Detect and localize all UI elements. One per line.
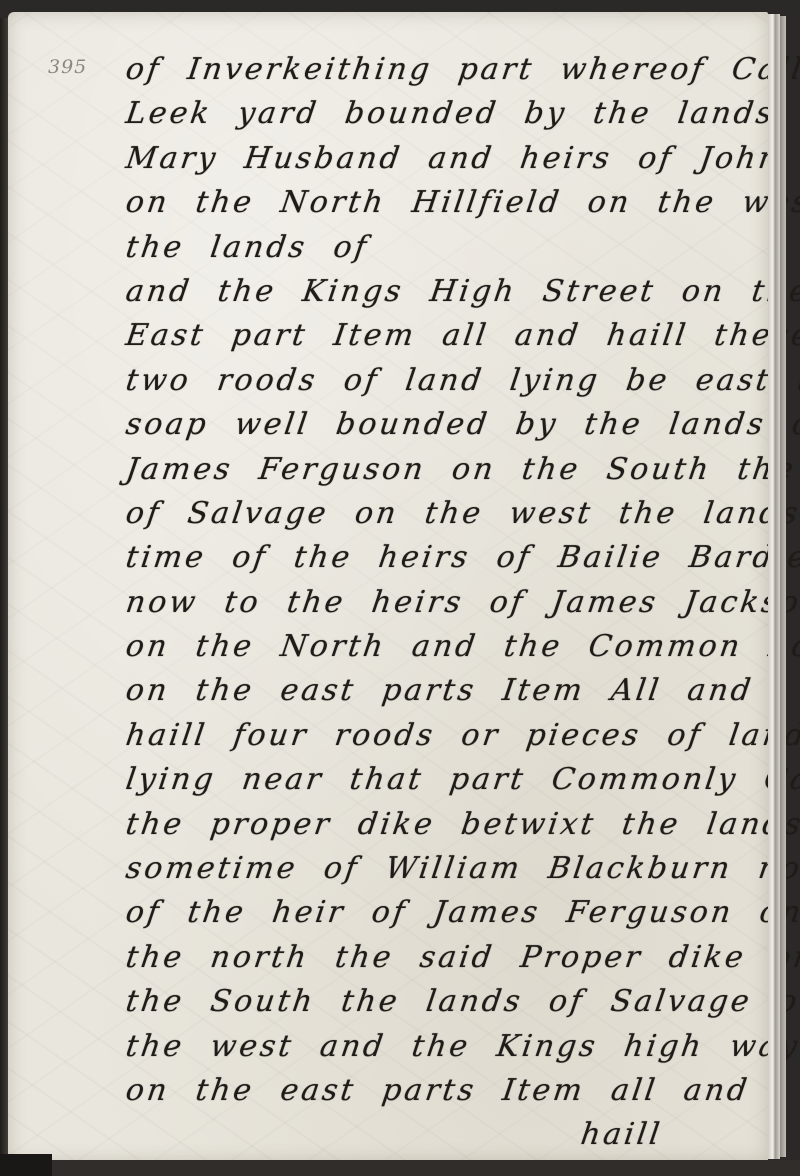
text-line: haill four roods or pieces of land	[123, 714, 789, 758]
text-line: on the North Hillfield on the west	[123, 181, 789, 225]
text-line: and the Kings High Street on the	[123, 270, 789, 314]
scan-frame: 395 of Inverkeithing part whereof Called…	[0, 0, 800, 1176]
text-line: the lands of on the South	[123, 226, 789, 270]
text-line: Mary Husband and heirs of John Cowen	[123, 137, 789, 181]
text-line: Leek yard bounded by the lands of	[123, 92, 789, 136]
text-line: James Ferguson on the South the land	[123, 448, 789, 492]
text-line: sometime of William Blackburn now	[123, 847, 789, 891]
text-line: on the east parts Item All and	[123, 669, 789, 713]
text-line: on the North and the Common Loan	[123, 625, 789, 669]
text-line: two roods of land lying be east the	[123, 359, 789, 403]
text-line: now to the heirs of James Jackson	[123, 581, 789, 625]
text-line: on the east parts Item all and	[123, 1069, 789, 1113]
text-line: the South the lands of Salvage on	[123, 980, 789, 1024]
handwritten-text-block: of Inverkeithing part whereof Called the…	[126, 48, 786, 1158]
text-line: of Inverkeithing part whereof Called the	[123, 48, 789, 92]
text-line: of Salvage on the west the lands some-	[123, 492, 789, 536]
text-line: the west and the Kings high way	[123, 1025, 789, 1069]
scan-bottom-border	[0, 1160, 800, 1176]
scan-corner	[0, 1154, 52, 1176]
folio-number: 395	[48, 56, 87, 78]
catchword: haill	[123, 1113, 789, 1157]
text-line: the north the said Proper dike on	[123, 936, 789, 980]
text-line: of the heir of James Ferguson on	[123, 891, 789, 935]
text-line: East part Item all and haill these	[123, 314, 789, 358]
page-edge-shadow	[780, 16, 786, 1157]
text-line: lying near that part Commonly Called	[123, 758, 789, 802]
manuscript-page: 395 of Inverkeithing part whereof Called…	[8, 12, 768, 1162]
text-line: time of the heirs of Bailie Bardie	[123, 536, 789, 580]
text-line: soap well bounded by the lands of	[123, 403, 789, 447]
page-edge	[768, 14, 780, 1159]
text-line: the proper dike betwixt the lands	[123, 803, 789, 847]
